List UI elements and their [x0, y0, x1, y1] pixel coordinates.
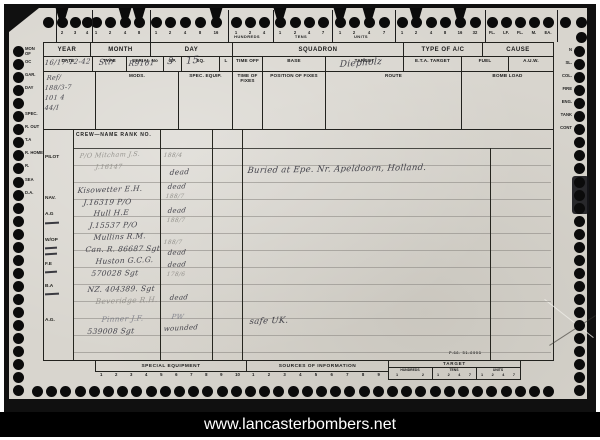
page: YEAR MONTH DAY SQUADRON TYPE OF A/C CAUS… — [0, 0, 600, 440]
handwriting: J.16147 — [95, 163, 123, 171]
site-bar: www.lancasterbombers.net — [0, 412, 600, 437]
punch-hole — [487, 17, 498, 28]
handwriting: 188/3-7 — [44, 83, 72, 92]
punch-group-divider — [273, 10, 274, 42]
punch-hole — [13, 320, 24, 331]
handwriting: 188/4 — [163, 152, 183, 159]
punch-hole — [359, 386, 370, 397]
punch-hole — [231, 17, 242, 28]
target-box-label: TARGET — [388, 361, 521, 366]
code-number: 5 — [160, 372, 162, 377]
punch-group-divider — [332, 10, 333, 42]
punch-hole — [174, 386, 185, 397]
field-time-off-label: TIME OFF — [236, 58, 259, 63]
punch-hole — [13, 85, 24, 96]
punch-hole — [529, 386, 540, 397]
handwriting: 15 — [186, 55, 199, 67]
handwriting: 3 — [167, 57, 174, 67]
punch-hole — [195, 17, 206, 28]
field-base: BASE — [262, 56, 326, 72]
punch-card-stage: YEAR MONTH DAY SQUADRON TYPE OF A/C CAUS… — [0, 0, 600, 440]
punch-hole — [46, 386, 57, 397]
code-number: 6 — [330, 372, 332, 377]
punch-hole — [387, 386, 398, 397]
punch-hole — [574, 177, 585, 188]
punch-hole — [574, 307, 585, 318]
margin-label: N — [544, 48, 572, 53]
header-cell-squadron: SQUADRON — [232, 42, 404, 57]
field-time-of-fixes-label: TIME OF FIXES — [233, 73, 262, 83]
punch-hole — [231, 386, 242, 397]
handwriting: NZ. 404389. Sgt — [87, 284, 155, 294]
punch-hole — [304, 17, 315, 28]
field-eta-target: E.T.A. TARGET — [403, 56, 462, 72]
handwriting: Mullins R.M. — [93, 231, 146, 242]
target-tens-label: TENS — [433, 368, 475, 372]
punch-hole — [202, 386, 213, 397]
handwriting: 570028 Sgt — [91, 268, 139, 278]
handwriting: 539008 Sgt — [87, 326, 135, 336]
punch-hole — [13, 385, 24, 396]
margin-label: R. — [25, 164, 55, 169]
handwriting: 188/7 — [165, 193, 185, 200]
handwriting: safe UK. — [249, 316, 289, 327]
punch-hole — [13, 137, 24, 148]
crew-role-label: PILOT — [45, 155, 72, 160]
punch-hole — [430, 386, 441, 397]
punch-hole — [89, 386, 100, 397]
punch-notch — [117, 8, 133, 20]
grid-line — [74, 148, 551, 149]
punch-hole — [32, 386, 43, 397]
punch-hole — [131, 386, 142, 397]
handwriting: Can. R. 86687 Sgt — [85, 244, 160, 254]
punch-hole — [574, 124, 585, 135]
header-cell-type-of-ac: TYPE OF A/C — [403, 42, 483, 57]
punch-hole — [543, 386, 554, 397]
field-base-label: BASE — [287, 58, 301, 63]
code-number: 4 — [299, 372, 301, 377]
punch-hole — [574, 294, 585, 305]
grid-vline — [490, 148, 491, 360]
handwriting: 178/6 — [166, 271, 186, 278]
punch-hole — [574, 72, 585, 83]
punch-hole — [13, 203, 24, 214]
target-units-label: UNITS — [477, 368, 519, 372]
header-cell-month: MONTH — [90, 42, 151, 57]
crew-role-label: NAV. — [45, 196, 72, 201]
code-number: 9 — [378, 372, 380, 377]
punch-hole — [397, 17, 408, 28]
code-number: 1 — [437, 373, 439, 377]
code-number: 6 — [175, 372, 177, 377]
handwriting: Hull H.E — [93, 208, 129, 218]
punch-hole — [574, 190, 585, 201]
sources-of-information-label: SOURCES OF INFORMATION — [279, 364, 357, 369]
special-equipment-box: SPECIAL EQUIPMENT — [95, 360, 247, 372]
field-fuel-label: FUEL — [479, 58, 492, 63]
punch-hole — [574, 281, 585, 292]
code-number: 7 — [513, 373, 515, 377]
margin-label: R. OUT — [25, 125, 55, 130]
code-number: 1 — [396, 373, 398, 377]
punch-hole — [379, 17, 390, 28]
crew-role-label: A.G. — [45, 318, 72, 323]
punch-hole — [60, 386, 71, 397]
crew-role-label: W/OP — [45, 238, 72, 243]
punch-hole — [217, 386, 228, 397]
code-number: 7 — [190, 372, 192, 377]
punch-hole — [146, 386, 157, 397]
punch-notch — [208, 8, 224, 20]
code-number: 3 — [130, 372, 132, 377]
margin-label: SEA — [25, 178, 55, 183]
site-url: www.lancasterbombers.net — [204, 416, 396, 434]
punch-hole — [13, 216, 24, 227]
handwriting: 188/7 — [166, 217, 186, 224]
punch-hole — [574, 359, 585, 370]
field-mods-label: MODS. — [129, 73, 145, 78]
punch-hole — [574, 98, 585, 109]
punch-hole — [160, 386, 171, 397]
punch-hole — [574, 85, 585, 96]
punch-hole — [13, 372, 24, 383]
crew-role-label: A.G — [45, 212, 72, 217]
code-number: 4 — [502, 373, 504, 377]
sources-of-information-box: SOURCES OF INFORMATION — [246, 360, 389, 372]
code-number: 7 — [469, 373, 471, 377]
punch-hole — [458, 386, 469, 397]
punch-hole — [574, 203, 585, 214]
punch-hole — [543, 17, 554, 28]
punch-hole — [574, 268, 585, 279]
punch-hole — [574, 59, 585, 70]
punch-hole — [13, 190, 24, 201]
grid-vline — [212, 130, 213, 360]
margin-label: TANK — [544, 113, 572, 118]
header-cell-month-label: MONTH — [108, 47, 133, 53]
crew-role-label: B.A — [45, 284, 72, 289]
field-spec-equip: SPEC. EQUIP. — [178, 71, 233, 130]
header-cell-squadron-label: SQUADRON — [298, 47, 337, 53]
code-number: 2 — [268, 372, 270, 377]
handwriting: 16/17-12-42 — [44, 57, 91, 67]
punch-notch — [272, 8, 288, 20]
field-time-of-fixes: TIME OF FIXES — [232, 71, 263, 130]
punch-hole — [574, 372, 585, 383]
punch-hole — [13, 72, 24, 83]
punch-hole — [259, 17, 270, 28]
punch-hole — [13, 333, 24, 344]
field-l-label: L — [224, 58, 227, 63]
code-number: 9 — [220, 372, 222, 377]
grid-line — [74, 352, 551, 353]
punch-hole — [330, 386, 341, 397]
grid-line — [74, 267, 551, 268]
punch-hole — [344, 386, 355, 397]
handwriting: J.15537 P/O — [89, 220, 138, 230]
handwriting: J.16319 P/O — [83, 197, 132, 207]
punch-group-divider — [150, 10, 151, 42]
punch-hole — [105, 17, 116, 28]
field-l: L — [219, 56, 233, 72]
punch-hole — [574, 242, 585, 253]
punch-hole — [13, 359, 24, 370]
punch-hole — [529, 17, 540, 28]
grid-line — [74, 335, 551, 336]
field-spec-equip-label: SPEC. EQUIP. — [189, 73, 221, 78]
code-number: 3 — [283, 372, 285, 377]
punch-notch — [131, 8, 147, 20]
punch-hole — [245, 386, 256, 397]
grid-line — [74, 199, 551, 200]
punch-hole — [574, 333, 585, 344]
punch-hole — [576, 32, 587, 43]
margin-label: SPEC. — [25, 112, 55, 117]
handwriting: PW — [171, 313, 184, 321]
header-cell-type-of-ac-label: TYPE OF A/C — [422, 47, 465, 53]
punch-hole — [165, 17, 176, 28]
code-number: 4 — [458, 373, 460, 377]
code-number: 1 — [100, 372, 102, 377]
punch-caption: UNITS — [335, 34, 387, 39]
punch-hole — [75, 386, 86, 397]
punch-hole — [302, 386, 313, 397]
punch-hole — [13, 294, 24, 305]
code-number: 2 — [492, 373, 494, 377]
punch-caption: TENS — [275, 34, 327, 39]
punch-hole — [574, 216, 585, 227]
punch-hole — [13, 229, 24, 240]
punch-hole — [574, 163, 585, 174]
punch-hole — [13, 346, 24, 357]
punch-hole — [349, 17, 360, 28]
handwriting: R9161 — [128, 58, 155, 68]
code-number: 10 — [235, 372, 240, 377]
punch-hole — [316, 386, 327, 397]
special-equipment-numbers: 12345678910 — [100, 372, 240, 377]
punch-hole — [13, 124, 24, 135]
target-units-numbers: 1247 — [481, 373, 515, 377]
punch-hole — [290, 17, 301, 28]
crew-role-label: F.E — [45, 262, 72, 267]
field-eta-target-label: E.T.A. TARGET — [415, 58, 450, 63]
punch-hole — [515, 17, 526, 28]
punch-hole — [574, 111, 585, 122]
punch-hole — [574, 150, 585, 161]
punch-hole — [440, 17, 451, 28]
punch-hole — [188, 386, 199, 397]
target-tens-numbers: 1247 — [437, 373, 471, 377]
handwriting: dead — [167, 206, 186, 215]
field-route-label: ROUTE — [385, 73, 402, 78]
margin-label: T.A — [25, 138, 55, 143]
handwriting: 188/7 — [163, 239, 183, 246]
field-mods: MODS. — [95, 71, 179, 130]
punch-hole — [70, 17, 81, 28]
punch-hole — [13, 268, 24, 279]
handwriting: dead — [167, 182, 186, 191]
punch-hole — [151, 17, 162, 28]
punch-group-divider — [395, 10, 396, 42]
punch-hole — [415, 386, 426, 397]
punch-hole — [574, 255, 585, 266]
punch-hole — [13, 163, 24, 174]
punch-hole — [560, 17, 571, 28]
code-number: 8 — [362, 372, 364, 377]
header-cell-cause-label: CAUSE — [506, 47, 530, 53]
sources-of-information-numbers: 123456789 — [252, 372, 380, 377]
punch-hole — [259, 386, 270, 397]
punch-hole — [13, 281, 24, 292]
handwriting: 101 4 — [44, 93, 65, 102]
punch-group-divider — [557, 10, 558, 42]
code-number: 1 — [252, 372, 254, 377]
punch-hole — [43, 17, 54, 28]
punch-hole — [444, 386, 455, 397]
punch-hole — [574, 320, 585, 331]
punch-hole — [13, 111, 24, 122]
code-number: 2 — [115, 372, 117, 377]
field-bomb-load: BOMB LOAD — [461, 71, 554, 130]
punch-notch — [361, 8, 377, 20]
punch-hole — [245, 17, 256, 28]
handwriting: dead — [167, 260, 186, 269]
field-position-of-fixes-label: POSITION OF FIXES — [270, 73, 318, 78]
margin-label: MON OF — [25, 47, 55, 56]
punch-hole — [117, 386, 128, 397]
code-number: 2 — [422, 373, 424, 377]
punch-hole — [574, 46, 585, 57]
grid-line — [74, 318, 551, 319]
handwriting: dead — [169, 167, 189, 177]
punch-hole — [13, 59, 24, 70]
punch-hole — [501, 386, 512, 397]
punch-hole — [13, 242, 24, 253]
code-number: 4 — [145, 372, 147, 377]
handwriting: Pinner J.F. — [101, 314, 144, 325]
punch-hole — [273, 386, 284, 397]
punch-hole — [13, 46, 24, 57]
grid-line — [74, 216, 551, 217]
crew-table-header: CREW—NAME RANK NO. — [76, 132, 152, 138]
code-number: 1 — [481, 373, 483, 377]
header-cell-day-label: DAY — [185, 47, 199, 53]
code-number: 7 — [346, 372, 348, 377]
punch-hole — [486, 386, 497, 397]
punch-hole — [318, 17, 329, 28]
punch-hole — [180, 17, 191, 28]
punch-hole — [576, 17, 587, 28]
punch-hole — [13, 255, 24, 266]
code-number: 5 — [315, 372, 317, 377]
punch-hole — [103, 386, 114, 397]
code-number: 8 — [205, 372, 207, 377]
field-fuel: FUEL — [461, 56, 509, 72]
punch-hole — [13, 150, 24, 161]
punch-hole — [426, 17, 437, 28]
handwriting: dead — [169, 293, 188, 302]
punch-hole — [515, 386, 526, 397]
handwriting: 44/I — [44, 104, 59, 113]
punch-hole — [470, 17, 481, 28]
field-auw-label: A.U.W. — [523, 58, 539, 63]
grid-vline — [73, 130, 74, 360]
punch-group-divider — [56, 10, 57, 42]
handwriting: Ref/ — [46, 73, 61, 82]
margin-label: CONT — [544, 126, 572, 131]
punch-hole-label: EA. — [538, 30, 558, 35]
field-bomb-load-label: BOMB LOAD — [492, 73, 522, 78]
punch-hole — [288, 386, 299, 397]
header-cell-year-label: YEAR — [58, 47, 77, 53]
field-time-off: TIME OFF — [232, 56, 263, 72]
punch-hole — [13, 307, 24, 318]
special-equipment-label: SPECIAL EQUIPMENT — [141, 364, 200, 369]
punch-hole — [574, 346, 585, 357]
punch-hole — [574, 385, 585, 396]
margin-label: SL. — [544, 61, 572, 66]
target-hundreds-label: HUNDREDS — [389, 368, 431, 372]
punch-caption: HUNDREDS — [221, 34, 273, 39]
punch-hole — [401, 386, 412, 397]
punch-notch — [452, 8, 468, 20]
punch-hole — [373, 386, 384, 397]
punch-hole — [13, 98, 24, 109]
punch-hole — [13, 177, 24, 188]
field-route: ROUTE — [325, 71, 462, 130]
margin-label: D.A. — [25, 191, 55, 196]
punch-hole — [574, 229, 585, 240]
punch-hole — [501, 17, 512, 28]
code-number: 2 — [448, 373, 450, 377]
punch-notch — [408, 8, 424, 20]
field-position-of-fixes: POSITION OF FIXES — [262, 71, 326, 130]
margin-label: COL. — [544, 74, 572, 79]
target-hundreds-numbers: 12 — [396, 373, 424, 377]
margin-label: FIRE — [544, 87, 572, 92]
punch-notch — [332, 8, 348, 20]
punch-hole — [472, 386, 483, 397]
handwriting: Stir — [99, 57, 116, 67]
grid-line — [74, 182, 551, 183]
punch-group-divider — [92, 10, 93, 42]
margin-label: ENG. — [544, 100, 572, 105]
punch-group-divider — [485, 10, 486, 42]
grid-vline — [242, 130, 243, 360]
punch-hole — [574, 137, 585, 148]
handwriting: dead — [167, 248, 186, 257]
